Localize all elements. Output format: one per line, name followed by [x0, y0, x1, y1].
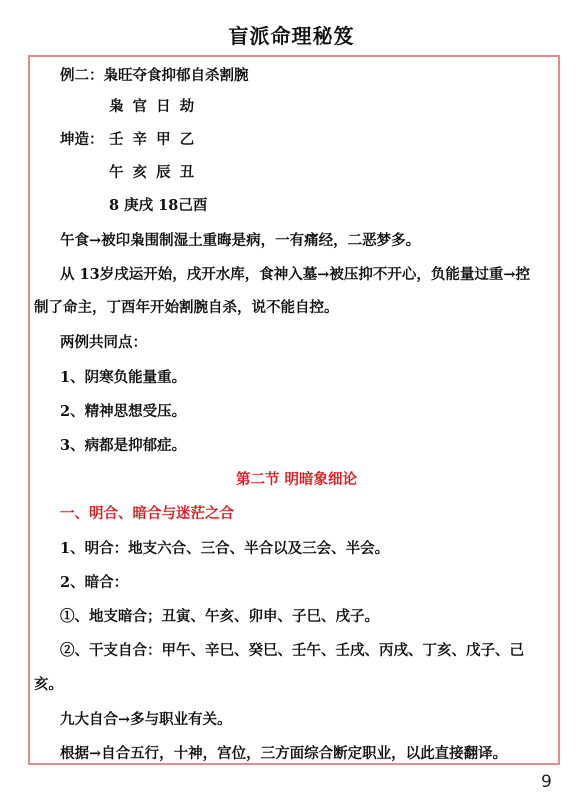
item-2b-line-1: ②、干支自合：甲午、辛巳、癸巳、壬午、壬戌、丙戌、丁亥、戊子、己 — [60, 639, 524, 660]
document-title: 盲派命理秘笈 — [0, 20, 583, 49]
paragraph-1: 午食→被印枭围制湿土重晦是病，一有痛经，二恶梦多。 — [60, 229, 420, 250]
chart-branches: 午 亥 辰 丑 — [109, 161, 196, 182]
example-title: 例二：枭旺夺食抑郁自杀割腕 — [60, 64, 249, 85]
paragraph-2-line-2: 制了命主，丁酉年开始割腕自杀，说不能自控。 — [34, 296, 339, 317]
chart-stems: 壬 辛 甲 乙 — [109, 128, 196, 149]
common-point-3: 3、病都是抑郁症。 — [60, 434, 186, 455]
item-2-hidden-combination: 2、暗合： — [60, 571, 128, 592]
paragraph-3: 九大自合→多与职业有关。 — [60, 708, 232, 729]
subsection-title: 一、明合、暗合与迷茫之合 — [60, 502, 234, 523]
chart-ten-gods: 枭 官 日 劫 — [109, 95, 196, 116]
chart-stems-label: 坤造： — [60, 128, 104, 149]
section-title: 第二节 明暗象细论 — [0, 468, 583, 489]
item-2b-line-2: 亥。 — [34, 673, 63, 694]
item-2a-branch-hidden: ①、地支暗合；丑寅、午亥、卯申、子巳、戌子。 — [60, 605, 379, 626]
paragraph-4: 根据→自合五行，十神，宫位，三方面综合断定职业，以此直接翻译。 — [60, 742, 507, 763]
paragraph-2-line-1: 从 13岁戌运开始，戌开水库，食神入墓→被压抑不开心，负能量过重→控 — [60, 263, 530, 284]
common-point-2: 2、精神思想受压。 — [60, 400, 186, 421]
luck-pillars: 8 庚戌 18己酉 — [109, 194, 207, 215]
common-points-heading: 两例共同点： — [60, 331, 147, 352]
common-point-1: 1、阴寒负能量重。 — [60, 366, 186, 387]
item-1-explicit-combination: 1、明合：地支六合、三合、半合以及三会、半会。 — [60, 537, 389, 558]
page-number: 9 — [541, 772, 552, 792]
